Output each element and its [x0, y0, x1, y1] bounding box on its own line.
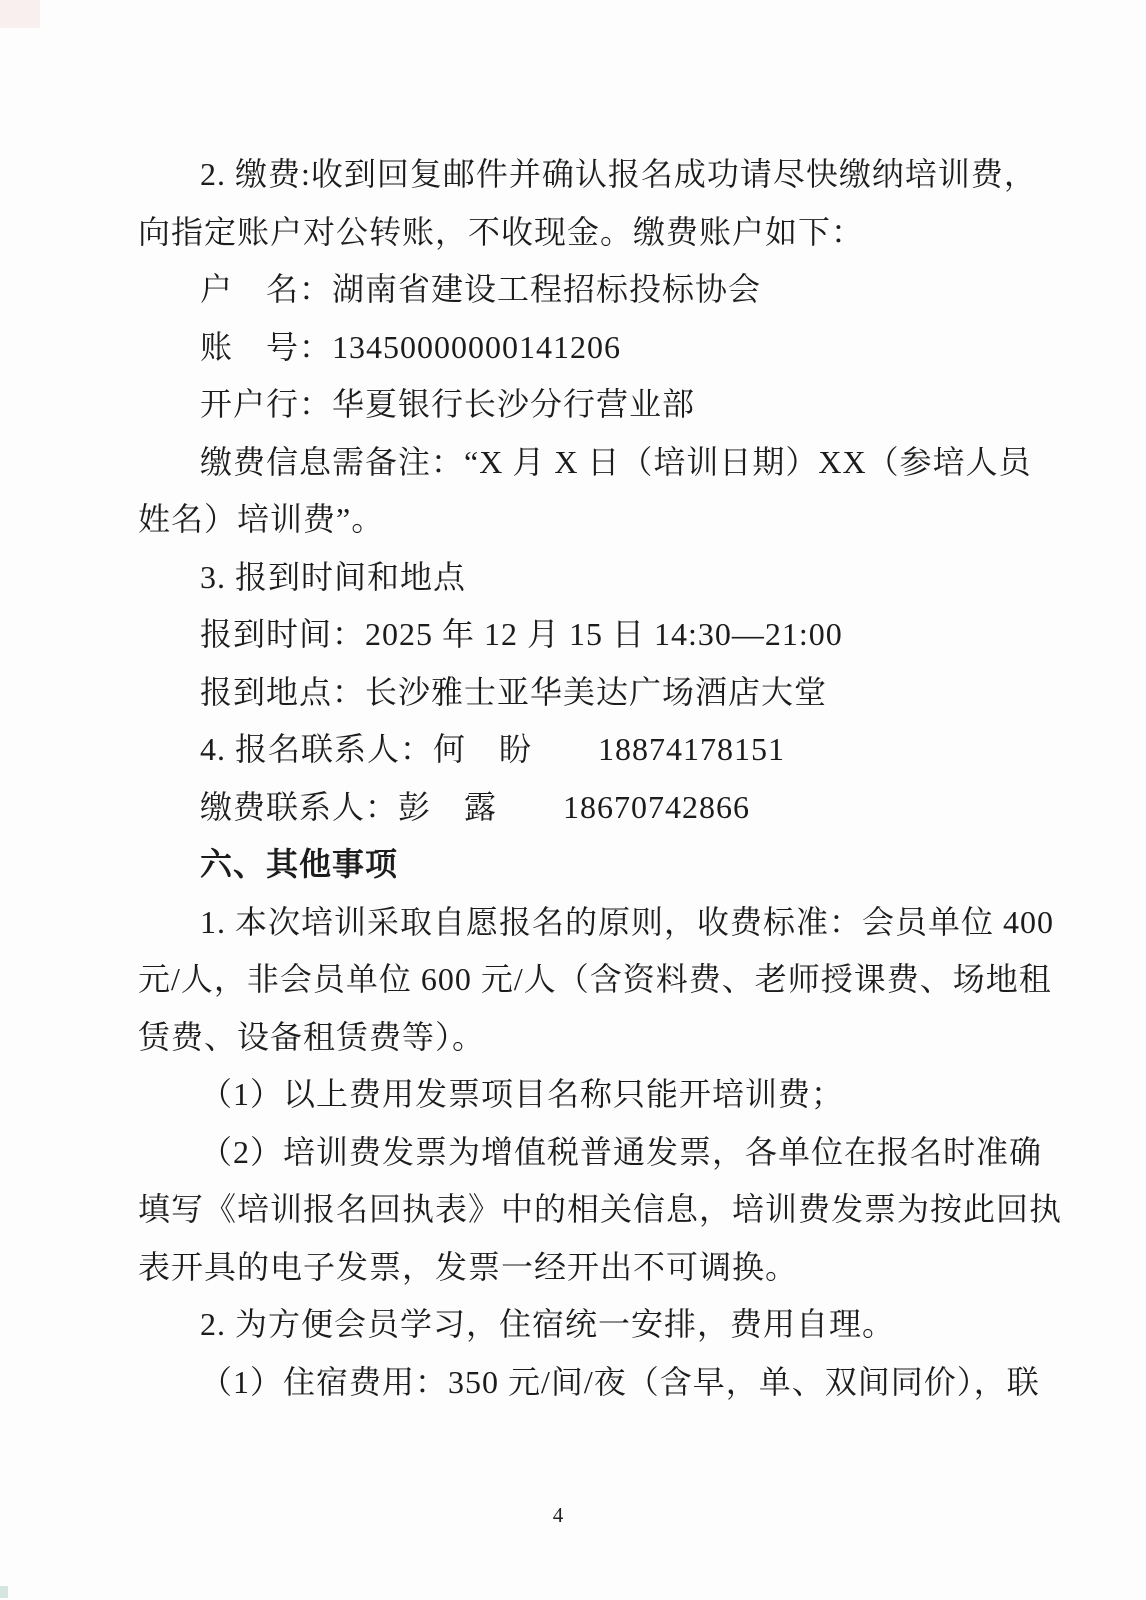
- scan-artifact-top-left: [0, 0, 40, 28]
- fee-standard-line-1: 1. 本次培训采取自愿报名的原则，收费标准：会员单位 400: [138, 894, 1010, 952]
- payment-note-line-1: 缴费信息需备注：“X 月 X 日（培训日期）XX（参培人员: [138, 434, 1010, 492]
- bank-branch-line: 开户行：华夏银行长沙分行营业部: [138, 376, 1010, 434]
- accommodation-fee-line: （1）住宿费用：350 元/间/夜（含早，单、双间同价），联: [138, 1354, 1010, 1412]
- account-number-line: 账 号：13450000000141206: [138, 319, 1010, 377]
- payment-instruction-line-1: 2. 缴费:收到回复邮件并确认报名成功请尽快缴纳培训费，: [138, 146, 1010, 204]
- invoice-note-line-3: 填写《培训报名回执表》中的相关信息，培训费发票为按此回执: [138, 1181, 1010, 1239]
- page-number: 4: [0, 1503, 1116, 1528]
- payment-instruction-line-2: 向指定账户对公转账，不收现金。缴费账户如下：: [138, 204, 1010, 262]
- account-name-line: 户 名：湖南省建设工程招标投标协会: [138, 261, 1010, 319]
- checkin-location-line: 报到地点：长沙雅士亚华美达广场酒店大堂: [138, 664, 1010, 722]
- fee-standard-line-3: 赁费、设备租赁费等）。: [138, 1009, 1010, 1067]
- section-six-heading: 六、其他事项: [138, 836, 1010, 894]
- registration-contact-line: 4. 报名联系人：何 盼 18874178151: [138, 721, 1010, 779]
- document-body: 2. 缴费:收到回复邮件并确认报名成功请尽快缴纳培训费， 向指定账户对公转账，不…: [138, 146, 1010, 1411]
- checkin-time-line: 报到时间：2025 年 12 月 15 日 14:30—21:00: [138, 606, 1010, 664]
- invoice-note-line-2: （2）培训费发票为增值税普通发票，各单位在报名时准确: [138, 1124, 1010, 1182]
- payment-contact-line: 缴费联系人：彭 露 18670742866: [138, 779, 1010, 837]
- invoice-note-line-4: 表开具的电子发票，发票一经开出不可调换。: [138, 1239, 1010, 1297]
- accommodation-intro-line: 2. 为方便会员学习，住宿统一安排，费用自理。: [138, 1296, 1010, 1354]
- payment-note-line-2: 姓名）培训费”。: [138, 491, 1010, 549]
- checkin-heading-line: 3. 报到时间和地点: [138, 549, 1010, 607]
- scan-artifact-bottom-left: [0, 1586, 8, 1598]
- scanned-document-page: 2. 缴费:收到回复邮件并确认报名成功请尽快缴纳培训费， 向指定账户对公转账，不…: [0, 0, 1146, 1600]
- fee-standard-line-2: 元/人，非会员单位 600 元/人（含资料费、老师授课费、场地租: [138, 951, 1010, 1009]
- invoice-note-line-1: （1）以上费用发票项目名称只能开培训费；: [138, 1066, 1010, 1124]
